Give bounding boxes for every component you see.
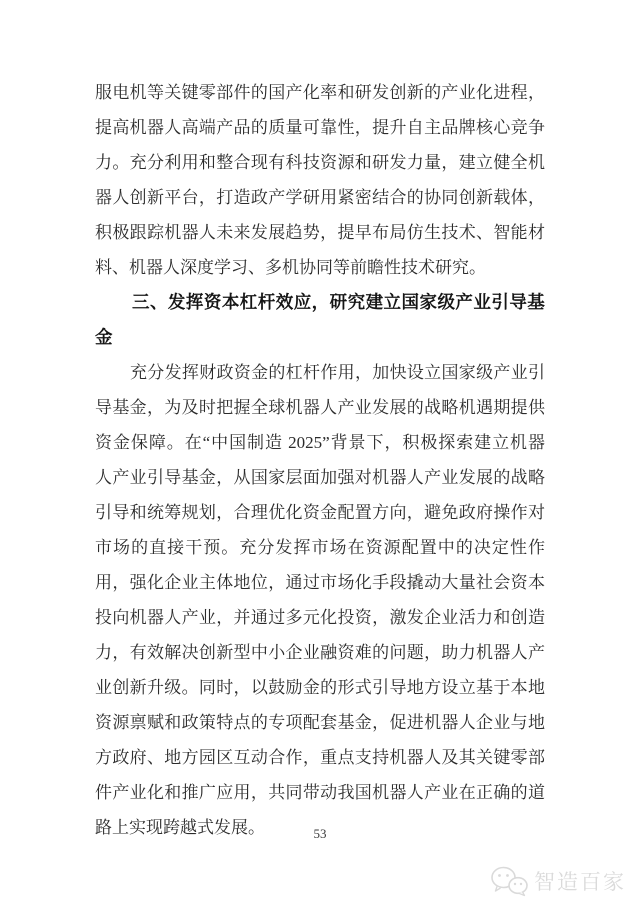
text-line: 人产业引导基金，从国家层面加强对机器人产业发展的战略 (95, 460, 545, 495)
text-line: 充分发挥财政资金的杠杆作用，加快设立国家级产业引 (95, 355, 545, 390)
text-line: 三、发挥资本杠杆效应，研究建立国家级产业引导基金 (95, 285, 545, 355)
wechat-icon (489, 865, 529, 897)
text-line: 市场的直接干预。充分发挥市场在资源配置中的决定性作 (95, 530, 545, 565)
watermark: 智造百家 (489, 865, 626, 897)
text-line: 料、机器人深度学习、多机协同等前瞻性技术研究。 (95, 250, 545, 285)
paragraph: 充分发挥财政资金的杠杆作用，加快设立国家级产业引导基金，为及时把握全球机器人产业… (95, 355, 545, 845)
text-line: 件产业化和推广应用，共同带动我国机器人产业在正确的道 (95, 775, 545, 810)
text-line: 服电机等关键零部件的国产化率和研发创新的产业化进程， (95, 75, 545, 110)
text-line: 资源禀赋和政策特点的专项配套基金，促进机器人企业与地 (95, 705, 545, 740)
text-line: 引导和统筹规划，合理优化资金配置方向，避免政府操作对 (95, 495, 545, 530)
watermark-brand: 智造百家 (534, 866, 626, 896)
text-line: 力，有效解决创新型中小企业融资难的问题，助力机器人产 (95, 635, 545, 670)
page-number: 53 (0, 826, 640, 842)
text-line: 积极跟踪机器人未来发展趋势，提早布局仿生技术、智能材 (95, 215, 545, 250)
text-line: 器人创新平台，打造政产学研用紧密结合的协同创新载体， (95, 180, 545, 215)
section-heading: 三、发挥资本杠杆效应，研究建立国家级产业引导基金 (95, 285, 545, 355)
text-line: 提高机器人高端产品的质量可靠性，提升自主品牌核心竞争 (95, 110, 545, 145)
text-line: 资金保障。在“中国制造 2025”背景下，积极探索建立机器 (95, 425, 545, 460)
text-line: 用，强化企业主体地位，通过市场化手段撬动大量社会资本 (95, 565, 545, 600)
text-line: 业创新升级。同时，以鼓励金的形式引导地方设立基于本地 (95, 670, 545, 705)
document-body: 服电机等关键零部件的国产化率和研发创新的产业化进程，提高机器人高端产品的质量可靠… (95, 75, 545, 845)
text-line: 导基金，为及时把握全球机器人产业发展的战略机遇期提供 (95, 390, 545, 425)
document-page: 服电机等关键零部件的国产化率和研发创新的产业化进程，提高机器人高端产品的质量可靠… (0, 0, 640, 906)
text-line: 方政府、地方园区互动合作，重点支持机器人及其关键零部 (95, 740, 545, 775)
text-line: 投向机器人产业，并通过多元化投资，激发企业活力和创造 (95, 600, 545, 635)
paragraph: 服电机等关键零部件的国产化率和研发创新的产业化进程，提高机器人高端产品的质量可靠… (95, 75, 545, 285)
text-line: 力。充分利用和整合现有科技资源和研发力量，建立健全机 (95, 145, 545, 180)
